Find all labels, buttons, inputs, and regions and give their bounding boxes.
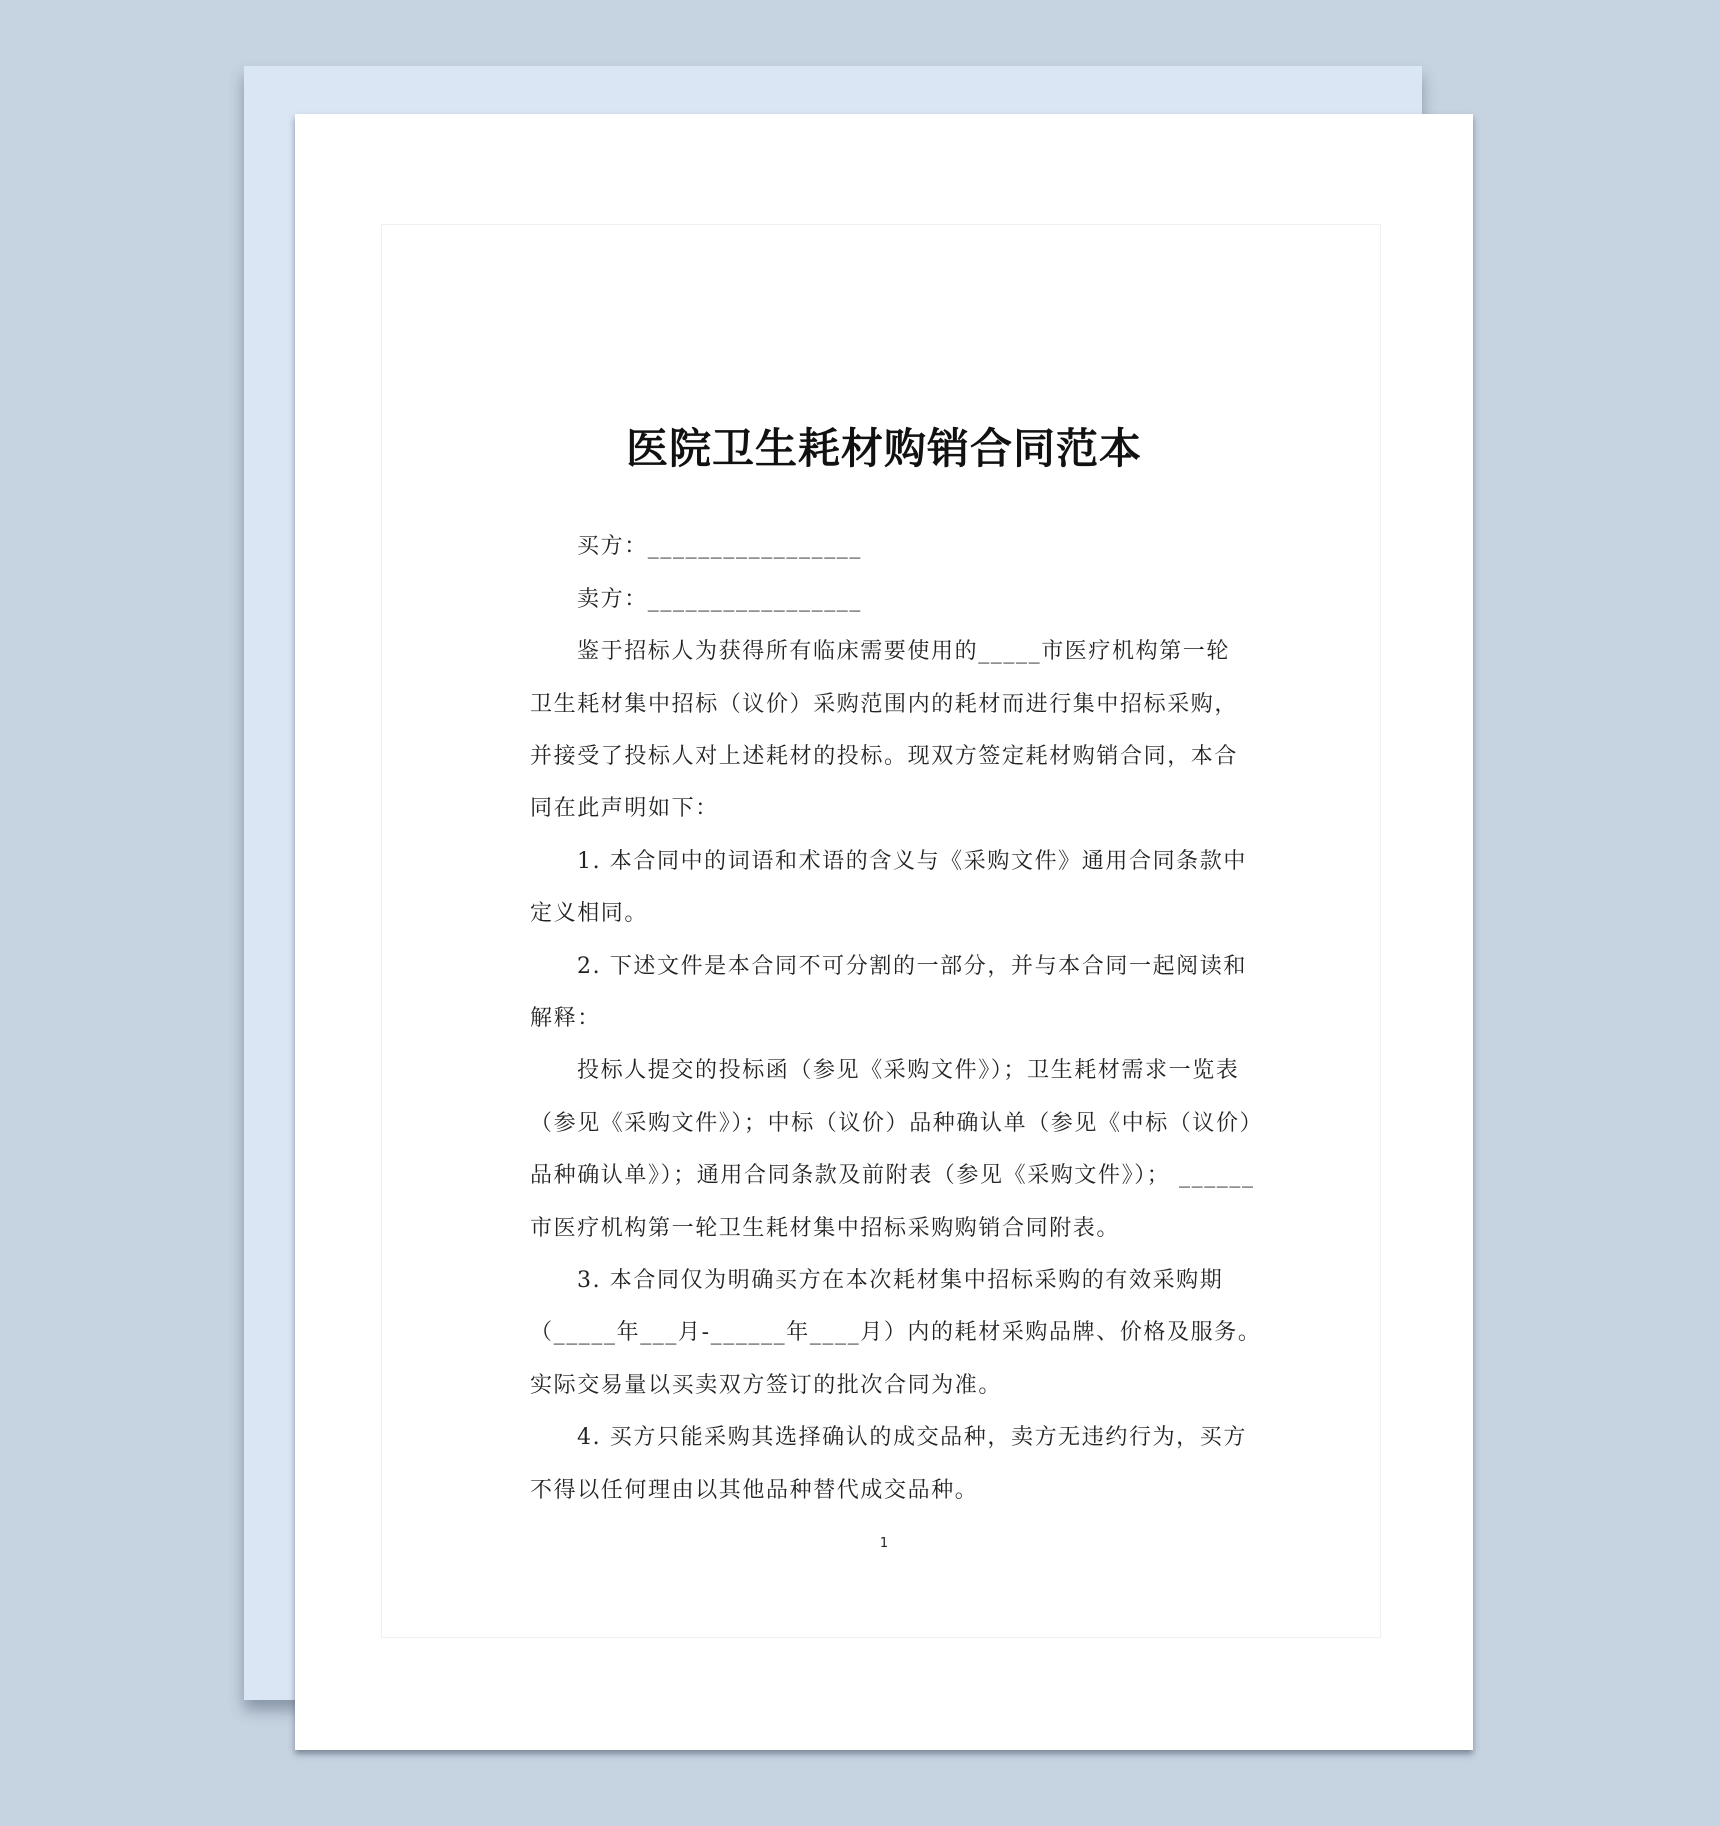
paragraph-line: 并接受了投标人对上述耗材的投标。现双方签定耗材购销合同，本合 [530,731,1245,783]
documents-list-line: （参见《采购文件》）；中标（议价）品种确认单（参见《中标（议价） [530,1098,1245,1150]
documents-list-line: 品种确认单》）；通用合同条款及前附表（参见《采购文件》）； ______ [530,1150,1245,1202]
clause-3-line: 实际交易量以买卖双方签订的批次合同为准。 [530,1360,1245,1412]
clause-1-line: 定义相同。 [530,888,1245,940]
clause-3-line: 3. 本合同仅为明确买方在本次耗材集中招标采购的有效采购期 [577,1255,1292,1307]
paragraph-line: 卫生耗材集中招标（议价）采购范围内的耗材而进行集中招标采购， [530,679,1245,731]
document-title: 医院卫生耗材购销合同范本 [295,416,1473,476]
paragraph-line: 同在此声明如下： [530,783,1245,835]
document-page: 医院卫生耗材购销合同范本 买方：_________________ 卖方：___… [295,114,1473,1750]
documents-list-line: 投标人提交的投标函（参见《采购文件》）；卫生耗材需求一览表 [577,1045,1292,1097]
clause-3-line: （_____年___月-______年____月）内的耗材采购品牌、价格及服务。 [530,1307,1245,1359]
paragraph-line: 鉴于招标人为获得所有临床需要使用的_____市医疗机构第一轮 [577,626,1292,678]
page-number: 1 [295,1536,1473,1551]
clause-4-line: 4. 买方只能采购其选择确认的成交品种，卖方无违约行为，买方 [577,1412,1292,1464]
clause-4-line: 不得以任何理由以其他品种替代成交品种。 [530,1465,1245,1517]
clause-1-line: 1. 本合同中的词语和术语的含义与《采购文件》通用合同条款中 [577,836,1292,888]
seller-line: 卖方：_________________ [577,574,1292,626]
clause-2-line: 解释： [530,993,1245,1045]
documents-list-line: 市医疗机构第一轮卫生耗材集中招标采购购销合同附表。 [530,1203,1245,1255]
buyer-line: 买方：_________________ [577,521,1292,573]
clause-2-line: 2. 下述文件是本合同不可分割的一部分，并与本合同一起阅读和 [577,941,1292,993]
